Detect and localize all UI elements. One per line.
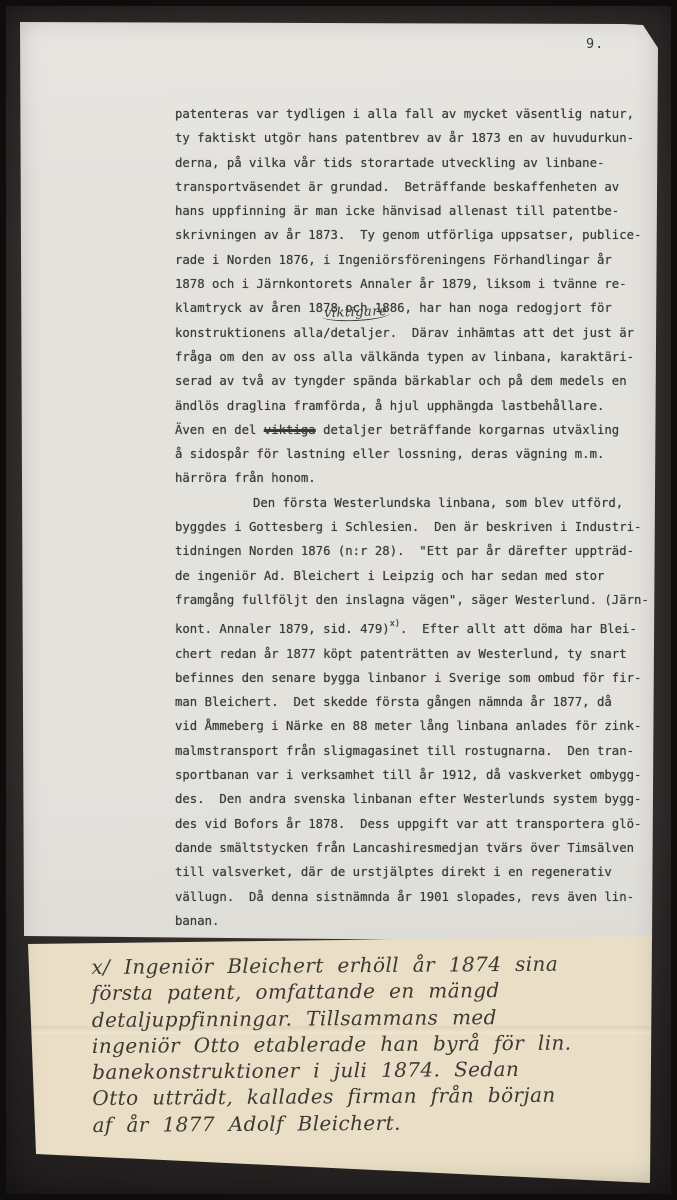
handwritten-line: Otto utträdt, kallades firman från börja…	[92, 1082, 648, 1112]
typed-line: framgång fullföljt den inslagna vägen", …	[175, 588, 645, 612]
typed-line: chert redan år 1877 köpt patenträtten av…	[175, 642, 645, 666]
photo-background: 9. patenteras var tydligen i alla fall a…	[0, 0, 677, 1200]
handwritten-line: banekonstruktioner i juli 1874. Sedan	[92, 1055, 648, 1085]
typed-line: vällugn. Då denna sistnämnda år 1901 slo…	[175, 885, 645, 909]
typed-line: fråga om den av oss alla välkända typen …	[175, 345, 645, 369]
page-number: 9.	[586, 36, 604, 52]
typed-line: Den första Westerlundska linbana, som bl…	[175, 491, 645, 515]
typed-line: dande smältstycken från Lancashiresmedja…	[175, 836, 645, 860]
struck-word: viktiga	[264, 423, 316, 437]
handwritten-line: x/ Ingeniör Bleichert erhöll år 1874 sin…	[91, 950, 647, 980]
typed-line: serad av två av tyngder spända bärkablar…	[175, 369, 645, 393]
typed-line: konstruktionens alla/viktigaredetaljer. …	[175, 321, 645, 345]
typed-line: hans uppfinning är man icke hänvisad all…	[175, 199, 645, 223]
typed-line: derna, på vilka vår tids storartade utve…	[175, 151, 645, 175]
typed-line: patenteras var tydligen i alla fall av m…	[175, 102, 645, 126]
typed-line: ty faktiskt utgör hans patentbrev av år …	[175, 126, 645, 150]
typed-line: till valsverket, där de urstjälptes dire…	[175, 860, 645, 884]
typed-line: klamtryck av åren 1878 och 1886, har han…	[175, 296, 645, 320]
typed-line: vid Åmmeberg i Närke en 88 meter lång li…	[175, 714, 645, 738]
typed-line: byggdes i Gottesberg i Schlesien. Den är…	[175, 515, 645, 539]
typed-line: malmstransport från sligmagasinet till r…	[175, 739, 645, 763]
footnote-marker: x)	[390, 619, 400, 629]
typed-line: kont. Annaler 1879, sid. 479)x). Efter a…	[175, 612, 645, 641]
typewritten-page: 9. patenteras var tydligen i alla fall a…	[18, 14, 658, 944]
handwritten-line: detaljuppfinningar. Tillsammans med	[92, 1003, 648, 1033]
typed-line: härröra från honom.	[175, 466, 645, 490]
typed-line: 1878 och i Järnkontorets Annaler år 1879…	[175, 272, 645, 296]
typed-line: des vid Bofors år 1878. Dess uppgift var…	[175, 812, 645, 836]
typed-line: Även en del viktiga detaljer beträffande…	[175, 418, 645, 442]
typed-line: de ingeniör Ad. Bleichert i Leipzig och …	[175, 564, 645, 588]
handwritten-line: af år 1877 Adolf Bleichert.	[92, 1108, 648, 1138]
typed-line: rade i Norden 1876, i Ingeniörsföreninge…	[175, 248, 645, 272]
typed-line: banan.	[175, 909, 645, 933]
typed-line: ändlös draglina framförda, å hjul upphän…	[175, 394, 645, 418]
typed-line: transportväsendet är grundad. Beträffand…	[175, 175, 645, 199]
typed-text-block: patenteras var tydligen i alla fall av m…	[175, 102, 645, 957]
handwritten-line: ingeniör Otto etablerade han byrå för li…	[92, 1029, 648, 1059]
typed-line: tidningen Norden 1876 (n:r 28). "Ett par…	[175, 539, 645, 563]
handwritten-note: x/ Ingeniör Bleichert erhöll år 1874 sin…	[91, 950, 648, 1138]
typed-line: sportbanan var i verksamhet till år 1912…	[175, 763, 645, 787]
typed-line: man Bleichert. Det skedde första gången …	[175, 690, 645, 714]
handwritten-line: första patent, omfattande en mängd	[92, 976, 648, 1006]
typed-line: å sidospår för lastning eller lossning, …	[175, 442, 645, 466]
typed-line: befinnes den senare bygga linbanor i Sve…	[175, 666, 645, 690]
typed-line: des. Den andra svenska linbanan efter We…	[175, 787, 645, 811]
typed-line: skrivningen av år 1873. Ty genom utförli…	[175, 223, 645, 247]
footnote-paper: x/ Ingeniör Bleichert erhöll år 1874 sin…	[18, 928, 658, 1190]
